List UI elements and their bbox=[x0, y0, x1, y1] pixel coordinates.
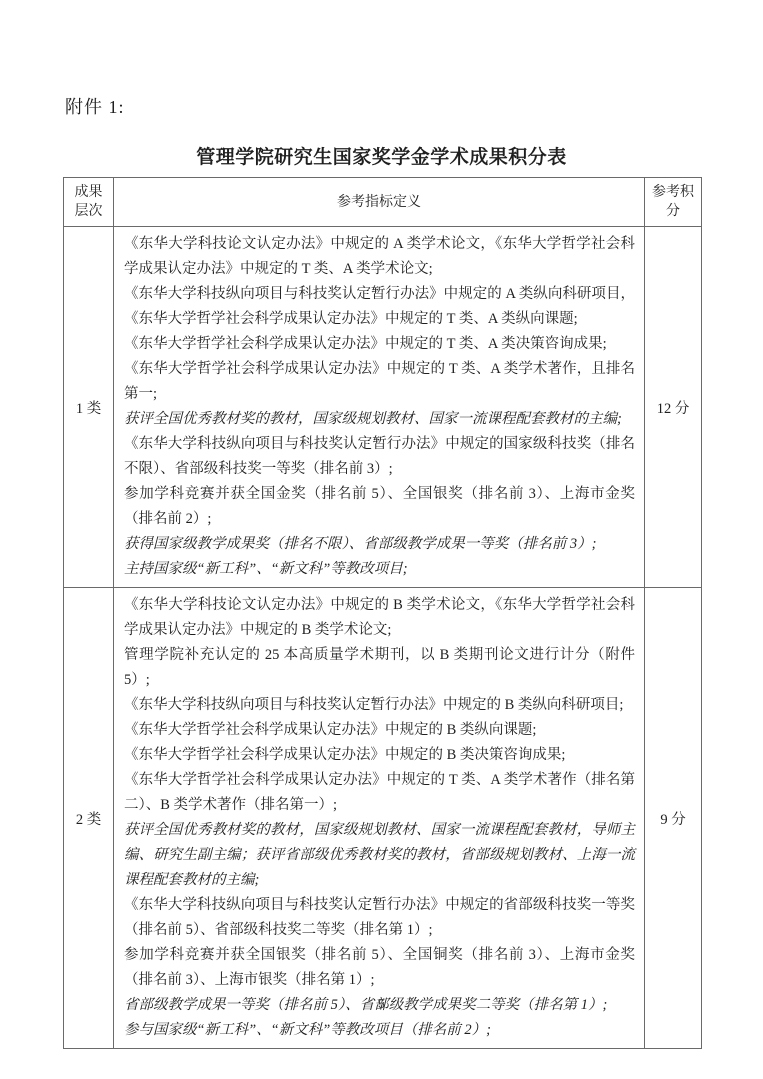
criterion-line: 《东华大学哲学社会科学成果认定办法》中规定的 B 类决策咨询成果; bbox=[124, 743, 635, 768]
level-cell: 2 类 bbox=[64, 588, 114, 1049]
points-table: 成果层次 参考指标定义 参考积分 1 类 《东华大学科技论文认定办法》中规定的 … bbox=[63, 177, 702, 1049]
criterion-line: 参与国家级“新工科”、“新文科”等教改项目（排名前 2）; bbox=[124, 1018, 635, 1043]
criterion-line: 获评全国优秀教材奖的教材，国家级规划教材、国家一流课程配套教材的主编; bbox=[124, 407, 635, 432]
attachment-label: 附件 1: bbox=[65, 93, 125, 119]
col-header-level: 成果层次 bbox=[64, 178, 114, 227]
criteria-list: 《东华大学科技论文认定办法》中规定的 B 类学术论文，《东华大学哲学社会科学成果… bbox=[124, 593, 635, 1043]
criteria-list: 《东华大学科技论文认定办法》中规定的 A 类学术论文，《东华大学哲学社会科学成果… bbox=[124, 232, 635, 582]
table-row: 1 类 《东华大学科技论文认定办法》中规定的 A 类学术论文，《东华大学哲学社会… bbox=[64, 227, 702, 588]
definition-cell: 《东华大学科技论文认定办法》中规定的 A 类学术论文，《东华大学哲学社会科学成果… bbox=[114, 227, 645, 588]
page-title: 管理学院研究生国家奖学金学术成果积分表 bbox=[0, 142, 763, 169]
table-header-row: 成果层次 参考指标定义 参考积分 bbox=[64, 178, 702, 227]
criterion-line: 《东华大学科技纵向项目与科技奖认定暂行办法》中规定的国家级科技奖（排名不限）、省… bbox=[124, 432, 635, 482]
criterion-line: 获得国家级教学成果奖（排名不限）、省部级教学成果一等奖（排名前 3）; bbox=[124, 532, 635, 557]
criterion-line: 《东华大学科技纵向项目与科技奖认定暂行办法》中规定的 A 类纵向科研项目，《东华… bbox=[124, 282, 635, 332]
criterion-line: 《东华大学哲学社会科学成果认定办法》中规定的 T 类、A 类学术著作（排名第二）… bbox=[124, 768, 635, 818]
criterion-line: 《东华大学科技纵向项目与科技奖认定暂行办法》中规定的 B 类纵向科研项目; bbox=[124, 693, 635, 718]
col-header-points: 参考积分 bbox=[645, 178, 702, 227]
criterion-line: 管理学院补充认定的 25 本高质量学术期刊，以 B 类期刊论文进行计分（附件 5… bbox=[124, 643, 635, 693]
definition-cell: 《东华大学科技论文认定办法》中规定的 B 类学术论文，《东华大学哲学社会科学成果… bbox=[114, 588, 645, 1049]
criterion-line: 《东华大学科技论文认定办法》中规定的 B 类学术论文，《东华大学哲学社会科学成果… bbox=[124, 593, 635, 643]
criterion-line: 《东华大学哲学社会科学成果认定办法》中规定的 T 类、A 类决策咨询成果; bbox=[124, 332, 635, 357]
level-cell: 1 类 bbox=[64, 227, 114, 588]
criterion-line: 《东华大学哲学社会科学成果认定办法》中规定的 B 类纵向课题; bbox=[124, 718, 635, 743]
page-number: 5 bbox=[0, 997, 763, 1011]
criterion-line: 《东华大学科技论文认定办法》中规定的 A 类学术论文，《东华大学哲学社会科学成果… bbox=[124, 232, 635, 282]
table-row: 2 类 《东华大学科技论文认定办法》中规定的 B 类学术论文，《东华大学哲学社会… bbox=[64, 588, 702, 1049]
criterion-line: 主持国家级“新工科”、“新文科”等教改项目; bbox=[124, 557, 635, 582]
points-cell: 9 分 bbox=[645, 588, 702, 1049]
criterion-line: 《东华大学科技纵向项目与科技奖认定暂行办法》中规定的省部级科技奖一等奖（排名前 … bbox=[124, 893, 635, 943]
points-cell: 12 分 bbox=[645, 227, 702, 588]
criterion-line: 获评全国优秀教材奖的教材，国家级规划教材、国家一流课程配套教材，导师主编、研究生… bbox=[124, 818, 635, 893]
criterion-line: 参加学科竞赛并获全国金奖（排名前 5）、全国银奖（排名前 3）、上海市金奖（排名… bbox=[124, 482, 635, 532]
criterion-line: 参加学科竞赛并获全国银奖（排名前 5）、全国铜奖（排名前 3）、上海市金奖（排名… bbox=[124, 943, 635, 993]
table-body: 1 类 《东华大学科技论文认定办法》中规定的 A 类学术论文，《东华大学哲学社会… bbox=[64, 227, 702, 1049]
criterion-line: 《东华大学哲学社会科学成果认定办法》中规定的 T 类、A 类学术著作，且排名第一… bbox=[124, 357, 635, 407]
col-header-definition: 参考指标定义 bbox=[114, 178, 645, 227]
